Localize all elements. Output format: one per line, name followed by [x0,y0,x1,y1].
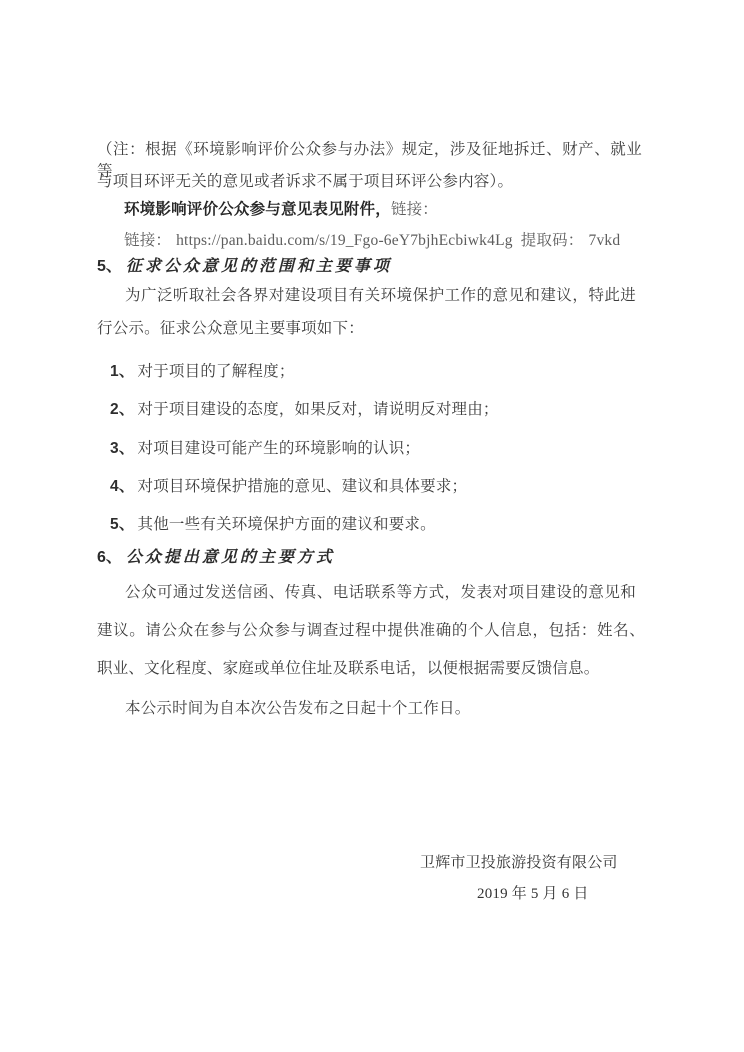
notice-document-page: （注：根据《环境影响评价公众参与办法》规定，涉及征地拆迁、财产、就业等 与项目环… [0,0,744,1052]
closing-line: 本公示时间为自本次公告发布之日起十个工作日。 [125,698,470,720]
signature-date: 2019 年 5 月 6 日 [477,883,589,905]
section6-body-line-1: 公众可通过发送信函、传真、电话联系等方式，发表对项目建设的意见和 [125,582,636,604]
link-line: 链接：https://pan.baidu.com/s/19_Fgo-6eY7bj… [124,230,620,252]
section5-title: 征求公众意见的范围和主要事项 [126,258,392,275]
section5-heading: 5、征求公众意见的范围和主要事项 [97,256,392,278]
link-url: https://pan.baidu.com/s/19_Fgo-6eY7bjhEc… [176,232,513,249]
list-item-3: 3、对项目建设可能产生的环境影响的认识； [110,438,420,460]
item-3-number: 3、 [110,440,135,457]
item-5-number: 5、 [110,516,135,533]
item-2-text: 对于项目建设的态度，如果反对，请说明反对理由； [138,401,499,418]
link-label: 链接： [124,232,171,249]
item-5-text: 其他一些有关环境保护方面的建议和要求。 [138,516,436,533]
signature-company: 卫辉市卫投旅游投资有限公司 [420,852,618,874]
section6-number: 6、 [97,549,122,566]
list-item-1: 1、对于项目的了解程度； [110,361,295,383]
note-line-2: 与项目环评无关的意见或者诉求不属于项目环评公参内容）。 [97,171,513,193]
section6-body-line-3: 职业、文化程度、家庭或单位住址及联系电话，以便根据需要反馈信息。 [97,658,599,680]
section5-intro-line-2: 行公示。征求公众意见主要事项如下： [97,318,364,340]
extraction-code-value: 7vkd [589,232,621,249]
section6-body-line-2: 建议。请公众在参与公众参与调查过程中提供准确的个人信息，包括：姓名、 [97,620,645,642]
item-2-number: 2、 [110,401,135,418]
attachment-line: 环境影响评价公众参与意见表见附件，链接： [124,199,438,221]
list-item-4: 4、对项目环境保护措施的意见、建议和具体要求； [110,476,467,498]
item-3-text: 对项目建设可能产生的环境影响的认识； [138,440,421,457]
item-4-number: 4、 [110,478,135,495]
attachment-bold-text: 环境影响评价公众参与意见表见附件， [124,201,391,218]
section5-number: 5、 [97,258,122,275]
attachment-suffix: 链接： [391,201,438,218]
section6-heading: 6、公众提出意见的主要方式 [97,547,335,569]
item-1-text: 对于项目的了解程度； [138,363,295,380]
list-item-5: 5、其他一些有关环境保护方面的建议和要求。 [110,514,436,536]
item-4-text: 对项目环境保护措施的意见、建议和具体要求； [138,478,468,495]
item-1-number: 1、 [110,363,135,380]
section6-title: 公众提出意见的主要方式 [126,549,335,566]
section5-intro-line-1: 为广泛听取社会各界对建设项目有关环境保护工作的意见和建议，特此进 [125,285,636,307]
extraction-code-label: 提取码： [521,232,584,249]
list-item-2: 2、对于项目建设的态度，如果反对，请说明反对理由； [110,399,499,421]
